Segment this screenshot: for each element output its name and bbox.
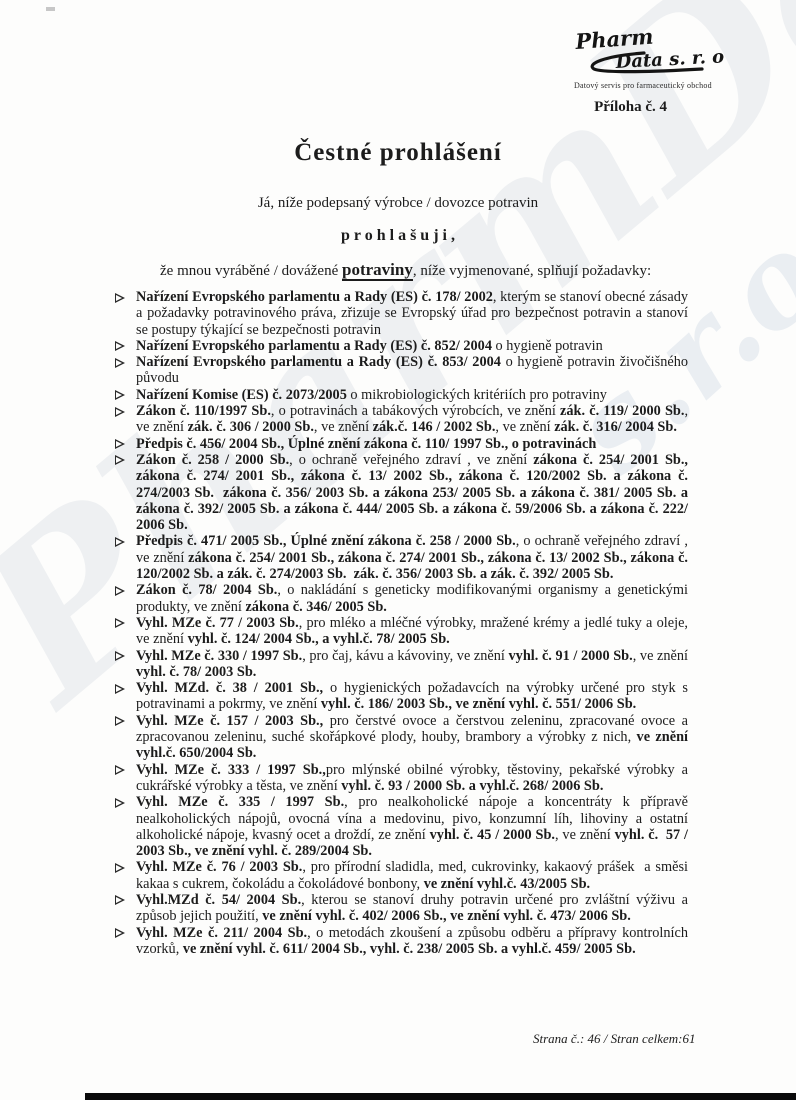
- arrow-bullet-icon: [115, 439, 125, 449]
- list-item: Nařízení Komise (ES) č. 2073/2005 o mikr…: [114, 387, 688, 403]
- law-citation: vyhl. č. 45 / 2000 Sb.: [430, 827, 555, 843]
- law-citation: zák. č. 306 / 2000 Sb.: [188, 419, 314, 435]
- law-citation: Předpis č. 471/ 2005 Sb., Úplné znění zá…: [136, 533, 516, 549]
- law-citation: vyhl. č. 93 / 2000 Sb. a vyhl.č. 268/ 20…: [341, 778, 603, 794]
- law-citation: vyhl. č. 78/ 2003 Sb.: [136, 664, 256, 680]
- law-citation: Vyhl. MZe č. 333 / 1997 Sb.,: [136, 762, 326, 778]
- law-citation: vyhl. č. 124/ 2004 Sb., a vyhl.č. 78/ 20…: [188, 631, 450, 647]
- list-item: Vyhl. MZe č. 335 / 1997 Sb., pro nealkoh…: [114, 794, 688, 859]
- law-citation: vyhl. č. 91 / 2000 Sb.: [509, 648, 633, 664]
- list-item: Zákon č. 78/ 2004 Sb., o nakládání s gen…: [114, 582, 688, 615]
- item-text: , ve znění: [633, 648, 692, 664]
- arrow-bullet-icon: [115, 684, 125, 694]
- law-citation: vyhl. č. 186/ 2003 Sb., ve znění vyhl. č…: [321, 696, 636, 712]
- logo-tagline: Datový servis pro farmaceutický obchod: [574, 81, 724, 90]
- law-citation: Vyhl.MZd č. 54/ 2004 Sb.: [136, 892, 301, 908]
- law-citation: zákona č. 254/ 2001 Sb., zákona č. 274/ …: [136, 550, 692, 582]
- arrow-bullet-icon: [115, 341, 125, 351]
- intro2-prefix: že mnou vyráběné / dovážené: [160, 263, 342, 279]
- list-item: Vyhl. MZe č. 211/ 2004 Sb., o metodách z…: [114, 925, 688, 958]
- law-citation: Vyhl. MZe č. 335 / 1997 Sb.: [136, 794, 344, 810]
- arrow-bullet-icon: [115, 455, 125, 465]
- list-item: Předpis č. 471/ 2005 Sb., Úplné znění zá…: [114, 533, 688, 582]
- list-item: Nařízení Evropského parlamentu a Rady (E…: [114, 289, 688, 338]
- law-citation: Nařízení Evropského parlamentu a Rady (E…: [136, 289, 493, 305]
- item-text: , o ochraně veřejného zdraví , ve znění: [289, 452, 533, 468]
- page-number-footer: Strana č.: 46 / Stran celkem:61: [533, 1031, 695, 1047]
- list-item: Nařízení Evropského parlamentu a Rady (E…: [114, 338, 688, 354]
- law-citation: zákona č. 346/ 2005 Sb.: [245, 599, 386, 615]
- list-item: Předpis č. 456/ 2004 Sb., Úplné znění zá…: [114, 436, 688, 452]
- law-citation: zák. č. 316/ 2004 Sb.: [554, 419, 677, 435]
- law-citation: Vyhl. MZe č. 330 / 1997 Sb.: [136, 648, 302, 664]
- item-text: , pro čaj, kávu a kávoviny, ve znění: [302, 648, 508, 664]
- arrow-bullet-icon: [115, 390, 125, 400]
- arrow-bullet-icon: [115, 863, 125, 873]
- arrow-bullet-icon: [115, 651, 125, 661]
- list-item: Vyhl. MZe č. 330 / 1997 Sb., pro čaj, ká…: [114, 648, 688, 681]
- arrow-bullet-icon: [115, 765, 125, 775]
- scanned-document-page: PharmData s.r.o. Pharm Data s. r. o. Dat…: [0, 0, 796, 1100]
- item-text: , ve znění: [495, 419, 554, 435]
- law-citation: Nařízení Evropského parlamentu a Rady (E…: [136, 354, 501, 370]
- item-text: , ve znění: [555, 827, 615, 843]
- list-item: Zákon č. 110/1997 Sb., o potravinách a t…: [114, 403, 688, 436]
- attachment-label: Příloha č. 4: [594, 99, 667, 116]
- arrow-bullet-icon: [115, 798, 125, 808]
- law-citation: Zákon č. 78/ 2004 Sb.: [136, 582, 277, 598]
- intro2-suffix: , níže vyjmenované, splňují požadavky:: [413, 263, 651, 279]
- item-text: o hygieně potravin: [492, 338, 603, 354]
- list-item: Vyhl. MZe č. 333 / 1997 Sb.,pro mlýnské …: [114, 762, 688, 795]
- page-title: Čestné prohlášení: [0, 139, 796, 167]
- list-item: Vyhl. MZe č. 77 / 2003 Sb., pro mléko a …: [114, 615, 688, 648]
- law-citation: Vyhl. MZe č. 157 / 2003 Sb.,: [136, 713, 323, 729]
- arrow-bullet-icon: [115, 358, 125, 368]
- law-citation: zák.č. 146 / 2002 Sb.: [373, 419, 496, 435]
- arrow-bullet-icon: [115, 293, 125, 303]
- intro2-highlight-potraviny: potraviny: [342, 260, 413, 281]
- law-citation: Vyhl. MZd. č. 38 / 2001 Sb.,: [136, 680, 323, 696]
- list-item: Zákon č. 258 / 2000 Sb., o ochraně veřej…: [114, 452, 688, 533]
- list-item: Nařízení Evropského parlamentu a Rady (E…: [114, 354, 688, 387]
- intro-line-2: že mnou vyráběné / dovážené potraviny, n…: [160, 260, 720, 280]
- logo-script-graphic: Pharm Data s. r. o.: [574, 28, 724, 80]
- scan-edge-bar: [85, 1093, 796, 1100]
- item-text: o mikrobiologických kritériích pro potra…: [347, 387, 607, 403]
- pharmdata-logo: Pharm Data s. r. o. Datový servis pro fa…: [574, 28, 724, 90]
- law-citation: Vyhl. MZe č. 77 / 2003 Sb.: [136, 615, 299, 631]
- arrow-bullet-icon: [115, 586, 125, 596]
- declaration-list: Nařízení Evropského parlamentu a Rady (E…: [114, 289, 688, 957]
- law-citation: Nařízení Komise (ES) č. 2073/2005: [136, 387, 347, 403]
- arrow-bullet-icon: [115, 928, 125, 938]
- list-item: Vyhl.MZd č. 54/ 2004 Sb., kterou se stan…: [114, 892, 688, 925]
- item-text: , ve znění: [314, 419, 373, 435]
- declaration-word: p r o h l a š u j i ,: [0, 227, 796, 245]
- list-item: Vyhl. MZd. č. 38 / 2001 Sb., o hygienick…: [114, 680, 688, 713]
- law-citation: ve znění vyhl. č. 611/ 2004 Sb., vyhl. č…: [183, 941, 636, 957]
- law-citation: Zákon č. 258 / 2000 Sb.: [136, 452, 289, 468]
- law-citation: zák. č. 119/ 2000 Sb.: [560, 403, 684, 419]
- law-citation: Vyhl. MZe č. 76 / 2003 Sb.: [136, 859, 302, 875]
- law-citation: Vyhl. MZe č. 211/ 2004 Sb.: [136, 925, 307, 941]
- arrow-bullet-icon: [115, 537, 125, 547]
- law-citation: Nařízení Evropského parlamentu a Rady (E…: [136, 338, 492, 354]
- arrow-bullet-icon: [115, 895, 125, 905]
- item-text: , o potravinách a tabákových výrobcích, …: [271, 403, 560, 419]
- law-citation: ve znění vyhl. č. 402/ 2006 Sb., ve zněn…: [262, 908, 631, 924]
- law-citation: Předpis č. 456/ 2004 Sb., Úplné znění zá…: [136, 436, 596, 452]
- scan-speck: [46, 7, 55, 11]
- law-citation: Zákon č. 110/1997 Sb.: [136, 403, 271, 419]
- arrow-bullet-icon: [115, 407, 125, 417]
- intro-line: Já, níže podepsaný výrobce / dovozce pot…: [0, 195, 796, 212]
- list-item: Vyhl. MZe č. 76 / 2003 Sb., pro přírodní…: [114, 859, 688, 892]
- declaration-list-container: Nařízení Evropského parlamentu a Rady (E…: [114, 289, 688, 957]
- arrow-bullet-icon: [115, 618, 125, 628]
- law-citation: ve znění vyhl.č. 43/2005 Sb.: [424, 876, 590, 892]
- list-item: Vyhl. MZe č. 157 / 2003 Sb., pro čerstvé…: [114, 713, 688, 762]
- arrow-bullet-icon: [115, 716, 125, 726]
